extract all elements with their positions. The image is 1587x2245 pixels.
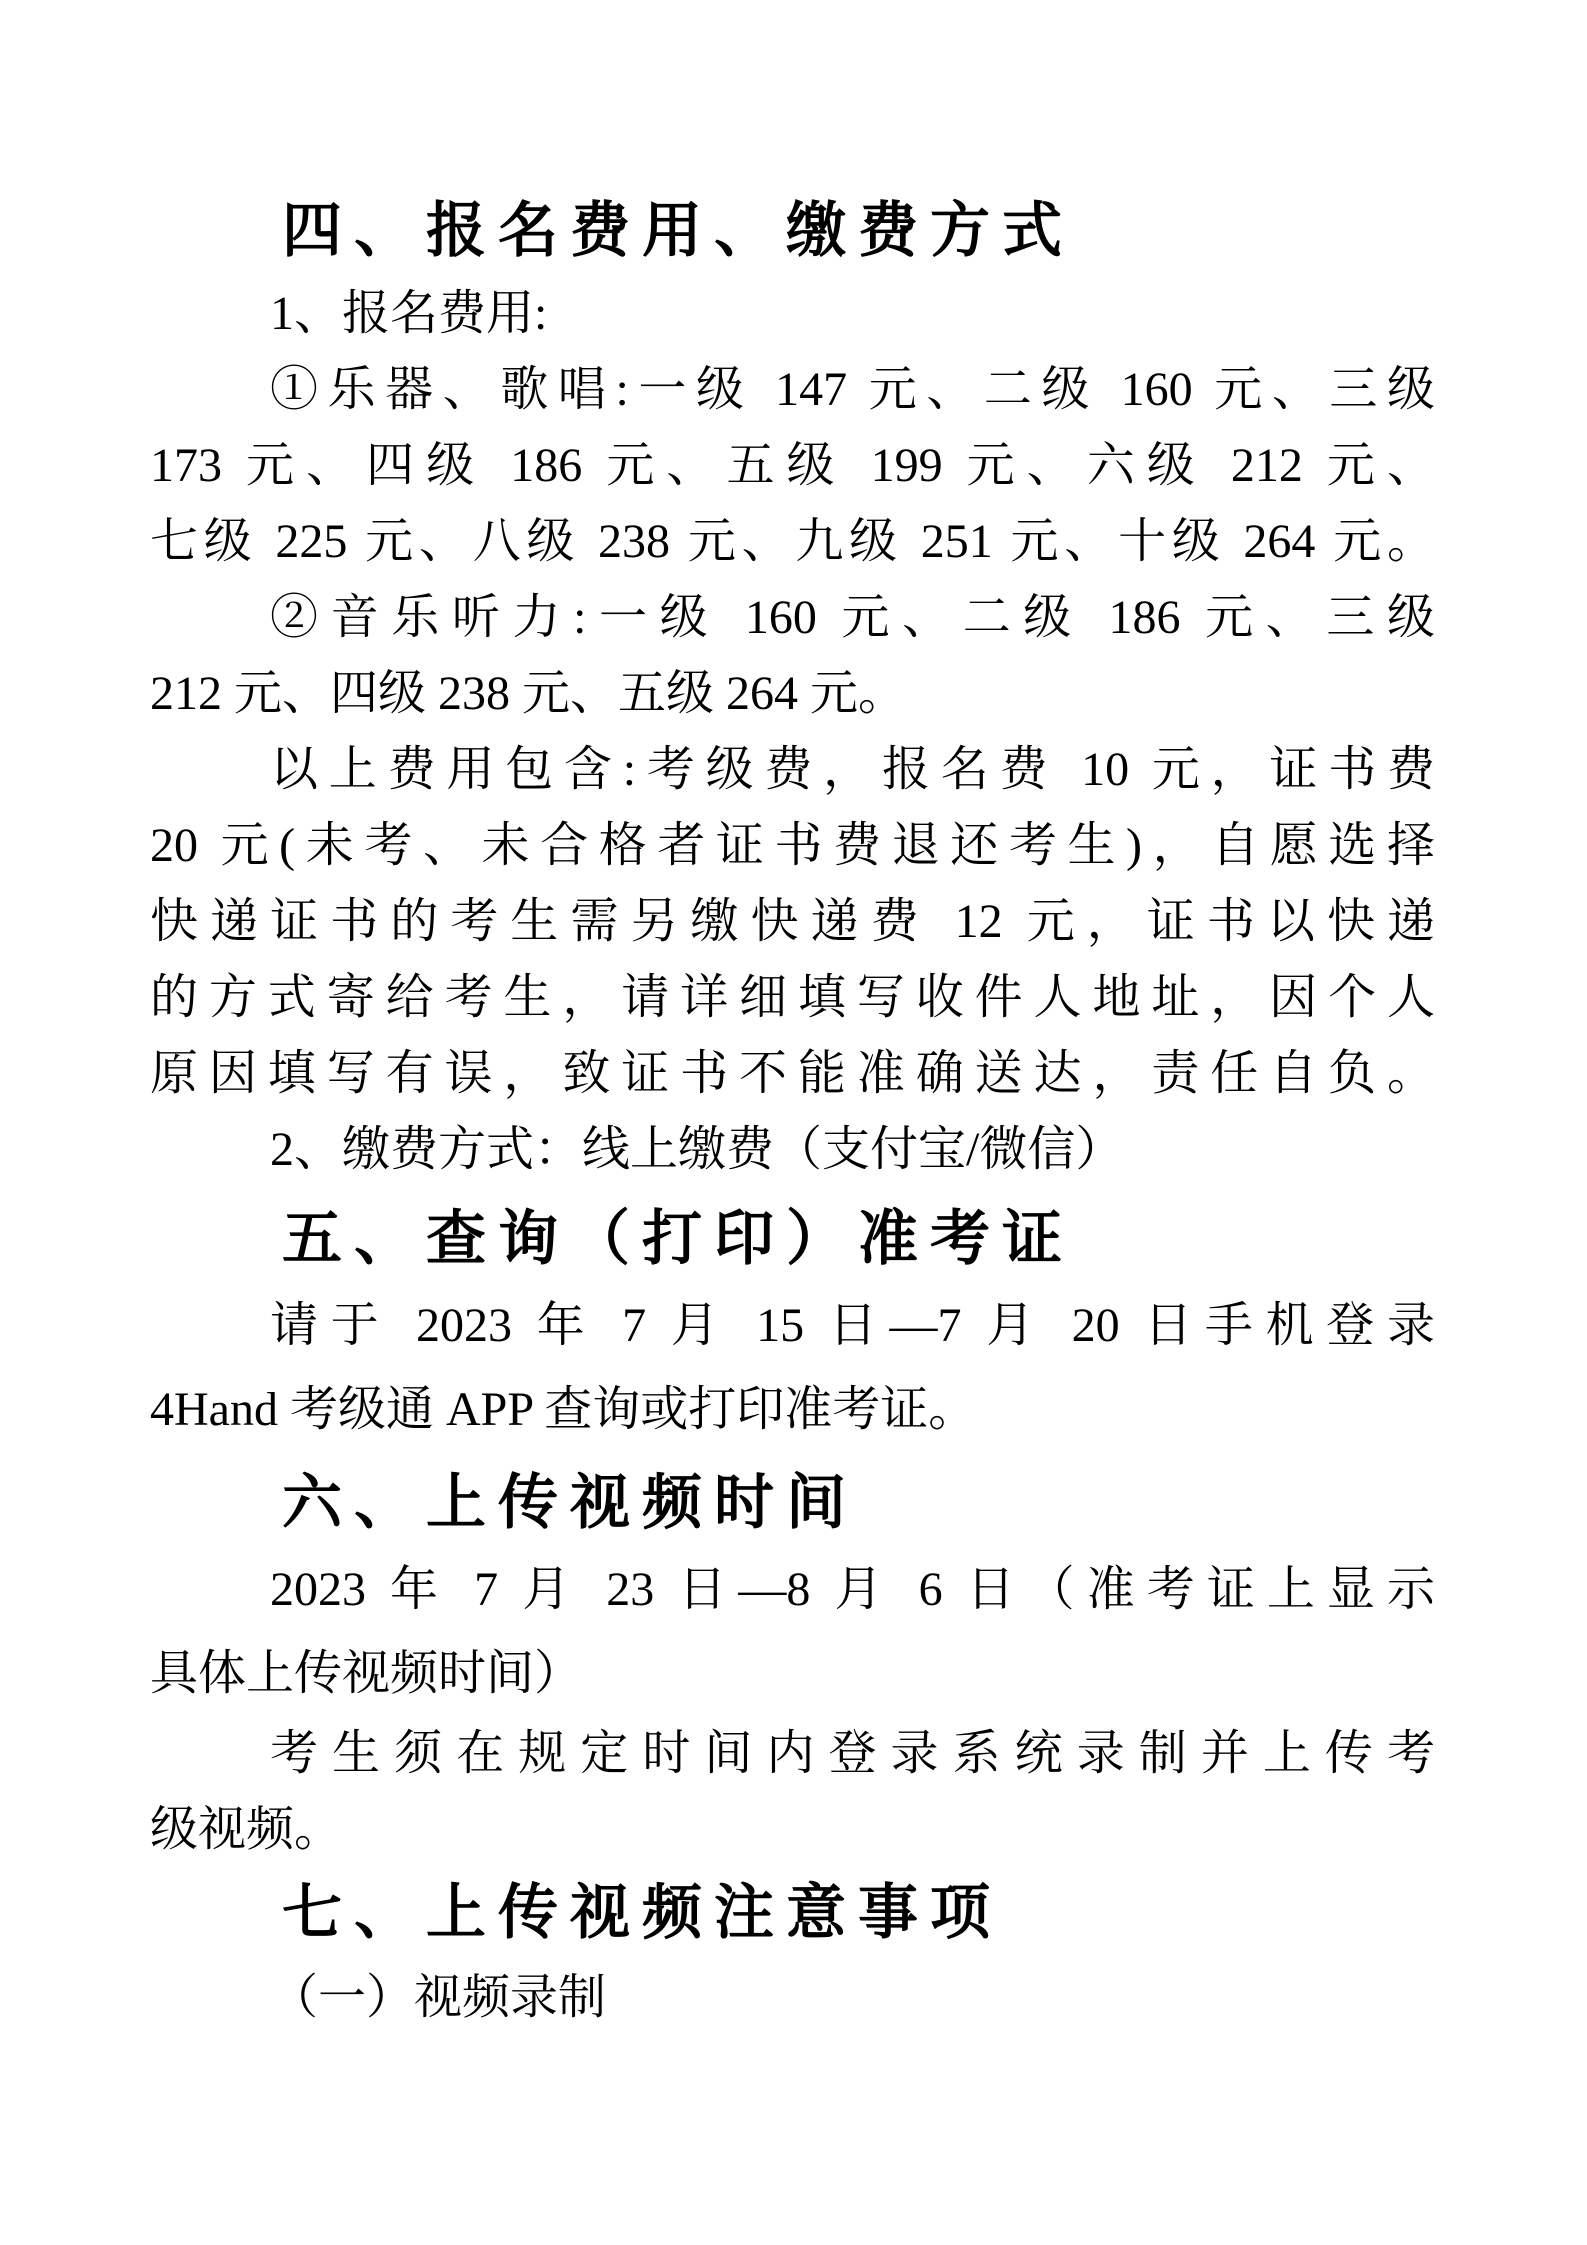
fee-note-line-3: 快递证书的考生需另缴快递费 12 元，证书以快递 [150, 884, 1435, 960]
ticket-query-line-1: 请于 2023 年 7 月 15 日—7 月 20 日手机登录 [150, 1284, 1435, 1368]
fee-note-line-4: 的方式寄给考生，请详细填写收件人地址，因个人 [150, 960, 1435, 1036]
fee-note-line-5: 原因填写有误，致证书不能准确送达，责任自负。 [150, 1036, 1435, 1112]
section-7-heading: 七、上传视频注意事项 [150, 1868, 1435, 1958]
fee-line-listening-2: 212 元、四级 238 元、五级 264 元。 [150, 656, 1435, 732]
fee-line-instrument-vocal-2: 173 元、四级 186 元、五级 199 元、六级 212 元、 [150, 428, 1435, 504]
fee-note-line-2: 20 元(未考、未合格者证书费退还考生)，自愿选择 [150, 808, 1435, 884]
fee-line-listening-1: ②音乐听力:一级 160 元、二级 186 元、三级 [150, 580, 1435, 656]
video-recording-subheading: （一）视频录制 [150, 1958, 1435, 2038]
ticket-query-line-2: 4Hand 考级通 APP 查询或打印准考证。 [150, 1368, 1435, 1452]
fee-note-line-1: 以上费用包含:考级费，报名费 10 元，证书费 [150, 732, 1435, 808]
section-4-heading: 四、报名费用、缴费方式 [150, 186, 1435, 276]
fee-line-instrument-vocal-1: ①乐器、歌唱:一级 147 元、二级 160 元、三级 [150, 352, 1435, 428]
upload-note-line-1: 考生须在规定时间内登录系统录制并上传考 [150, 1716, 1435, 1792]
section-5-heading: 五、查询（打印）准考证 [150, 1194, 1435, 1284]
upload-time-line-1: 2023 年 7 月 23 日—8 月 6 日（准考证上显示 [150, 1548, 1435, 1632]
payment-method-line: 2、缴费方式：线上缴费（支付宝/微信） [150, 1112, 1435, 1188]
fee-line-instrument-vocal-3: 七级 225 元、八级 238 元、九级 251 元、十级 264 元。 [150, 504, 1435, 580]
upload-note-line-2: 级视频。 [150, 1792, 1435, 1868]
document-page: 四、报名费用、缴费方式 1、报名费用: ①乐器、歌唱:一级 147 元、二级 1… [0, 0, 1587, 2245]
upload-time-line-2: 具体上传视频时间） [150, 1632, 1435, 1716]
fee-item-label: 1、报名费用: [150, 276, 1435, 352]
section-6-heading: 六、上传视频时间 [150, 1458, 1435, 1548]
